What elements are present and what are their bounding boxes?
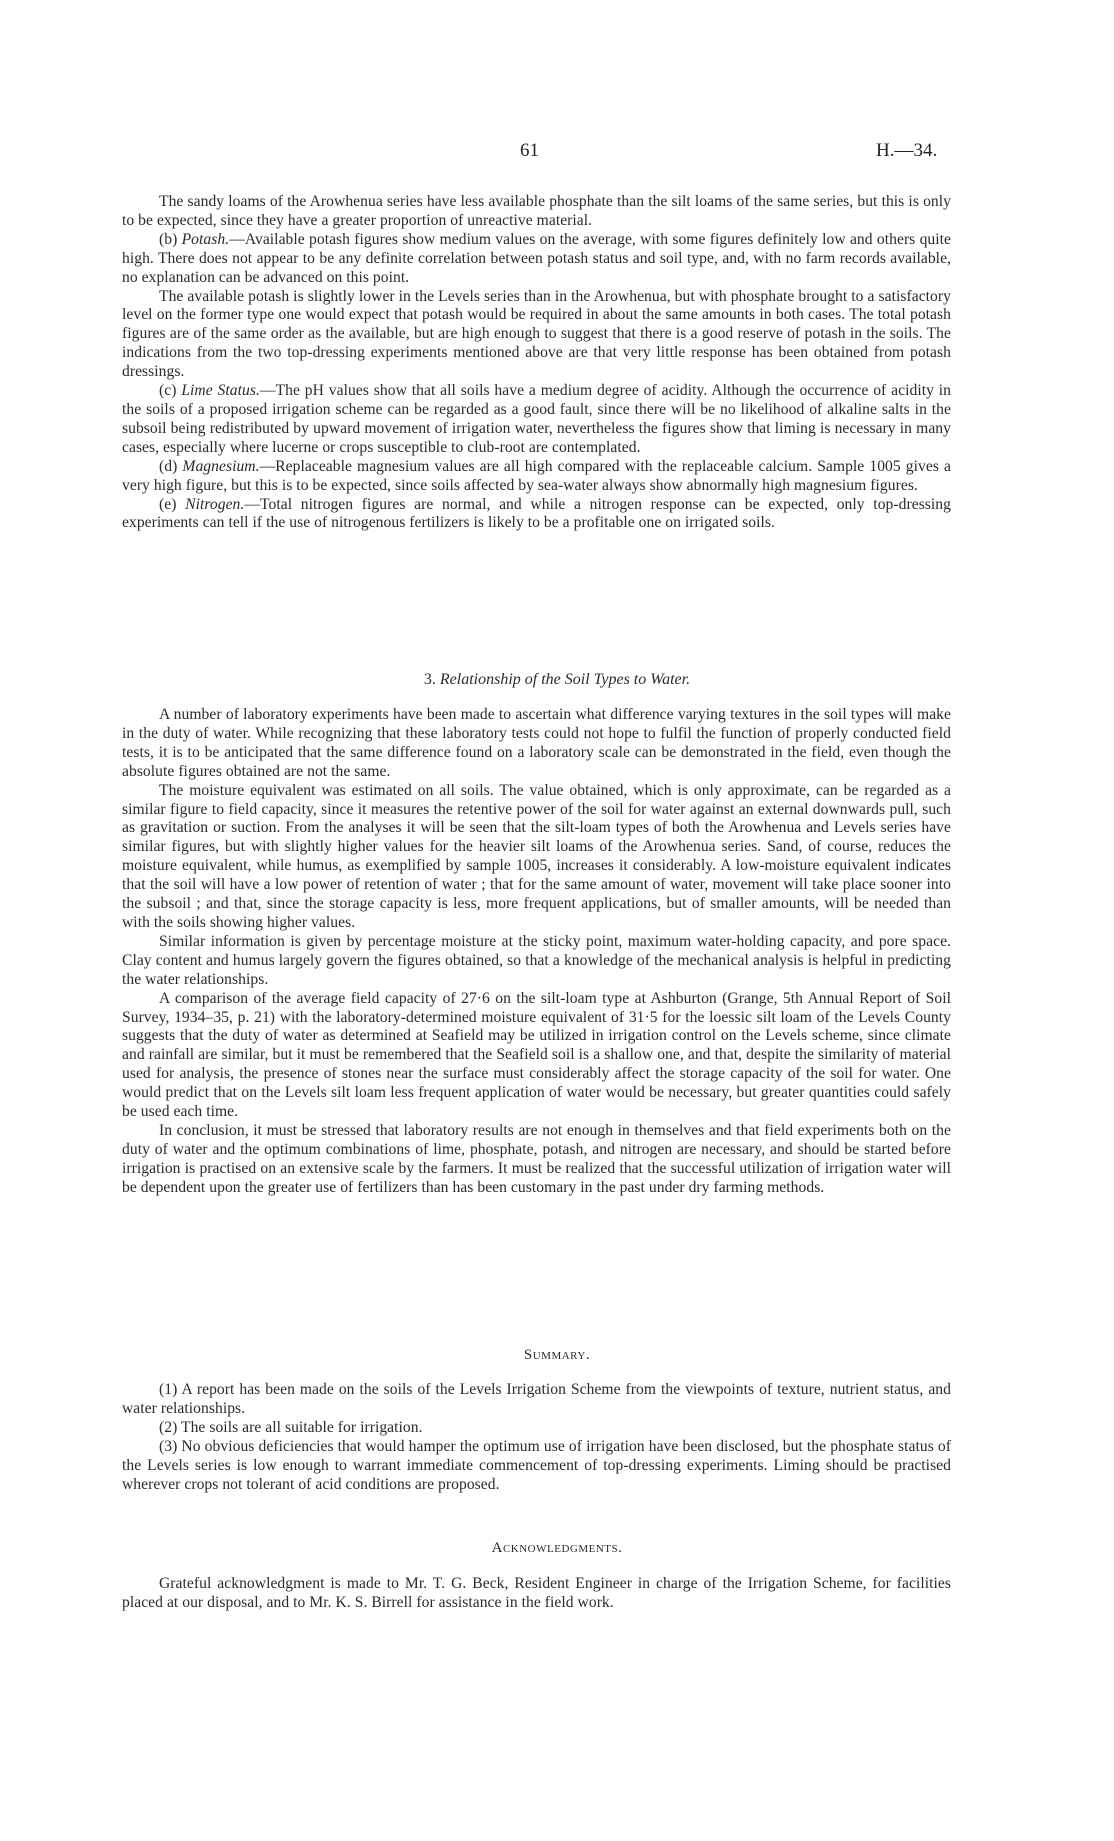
- paragraph-text: —Total nitrogen figures are normal, and …: [122, 496, 951, 532]
- acknowledgments-heading: Acknowledgments.: [0, 1540, 1114, 1557]
- paragraph-magnesium: (d) Magnesium.—Replaceable magnesium val…: [122, 458, 951, 496]
- item-label: (e): [159, 496, 185, 513]
- item-title: Lime Status.: [181, 382, 260, 399]
- summary-item: (2) The soils are all suitable for irrig…: [122, 1419, 951, 1438]
- paragraph-phosphate-sandy-loams: The sandy loams of the Arowhenua series …: [122, 193, 951, 231]
- acknowledgments-section: Grateful acknowledgment is made to Mr. T…: [122, 1575, 951, 1613]
- page-header: 61 H.—34.: [0, 140, 1114, 164]
- item-label: (c): [159, 382, 181, 399]
- paragraph-conclusion: In conclusion, it must be stressed that …: [122, 1122, 951, 1198]
- soil-water-section: A number of laboratory experiments have …: [122, 706, 951, 1198]
- document-reference: H.—34.: [876, 140, 937, 162]
- paragraph-nitrogen: (e) Nitrogen.—Total nitrogen figures are…: [122, 496, 951, 534]
- paragraph-field-capacity-comparison: A comparison of the average field capaci…: [122, 990, 951, 1122]
- paragraph-moisture-equivalent: The moisture equivalent was estimated on…: [122, 782, 951, 933]
- summary-heading: Summary.: [0, 1347, 1114, 1364]
- paragraph-text: —Available potash figures show medium va…: [122, 231, 951, 286]
- summary-section: (1) A report has been made on the soils …: [122, 1381, 951, 1494]
- section-heading-soil-water: 3. Relationship of the Soil Types to Wat…: [0, 671, 1114, 689]
- summary-item: (1) A report has been made on the soils …: [122, 1381, 951, 1419]
- section-number: 3.: [424, 671, 440, 688]
- paragraph-text: The sandy loams of the Arowhenua series …: [122, 193, 951, 229]
- item-label: (d): [159, 458, 182, 475]
- item-title: Potash.: [182, 231, 230, 248]
- page-number: 61: [520, 140, 539, 162]
- paragraph-sticky-point: Similar information is given by percenta…: [122, 933, 951, 990]
- paragraph-potash: (b) Potash.—Available potash figures sho…: [122, 231, 951, 288]
- item-title: Magnesium.: [182, 458, 259, 475]
- paragraph-potash-levels: The available potash is slightly lower i…: [122, 288, 951, 383]
- paragraph-lab-experiments: A number of laboratory experiments have …: [122, 706, 951, 782]
- acknowledgments-text: Grateful acknowledgment is made to Mr. T…: [122, 1575, 951, 1613]
- item-title: Nitrogen.: [185, 496, 244, 513]
- section-title: Relationship of the Soil Types to Water.: [440, 671, 690, 688]
- paragraph-text: The available potash is slightly lower i…: [122, 288, 951, 381]
- paragraph-lime-status: (c) Lime Status.—The pH values show that…: [122, 382, 951, 458]
- nutrient-status-section: The sandy loams of the Arowhenua series …: [122, 193, 951, 533]
- item-label: (b): [159, 231, 182, 248]
- summary-item: (3) No obvious deficiencies that would h…: [122, 1438, 951, 1495]
